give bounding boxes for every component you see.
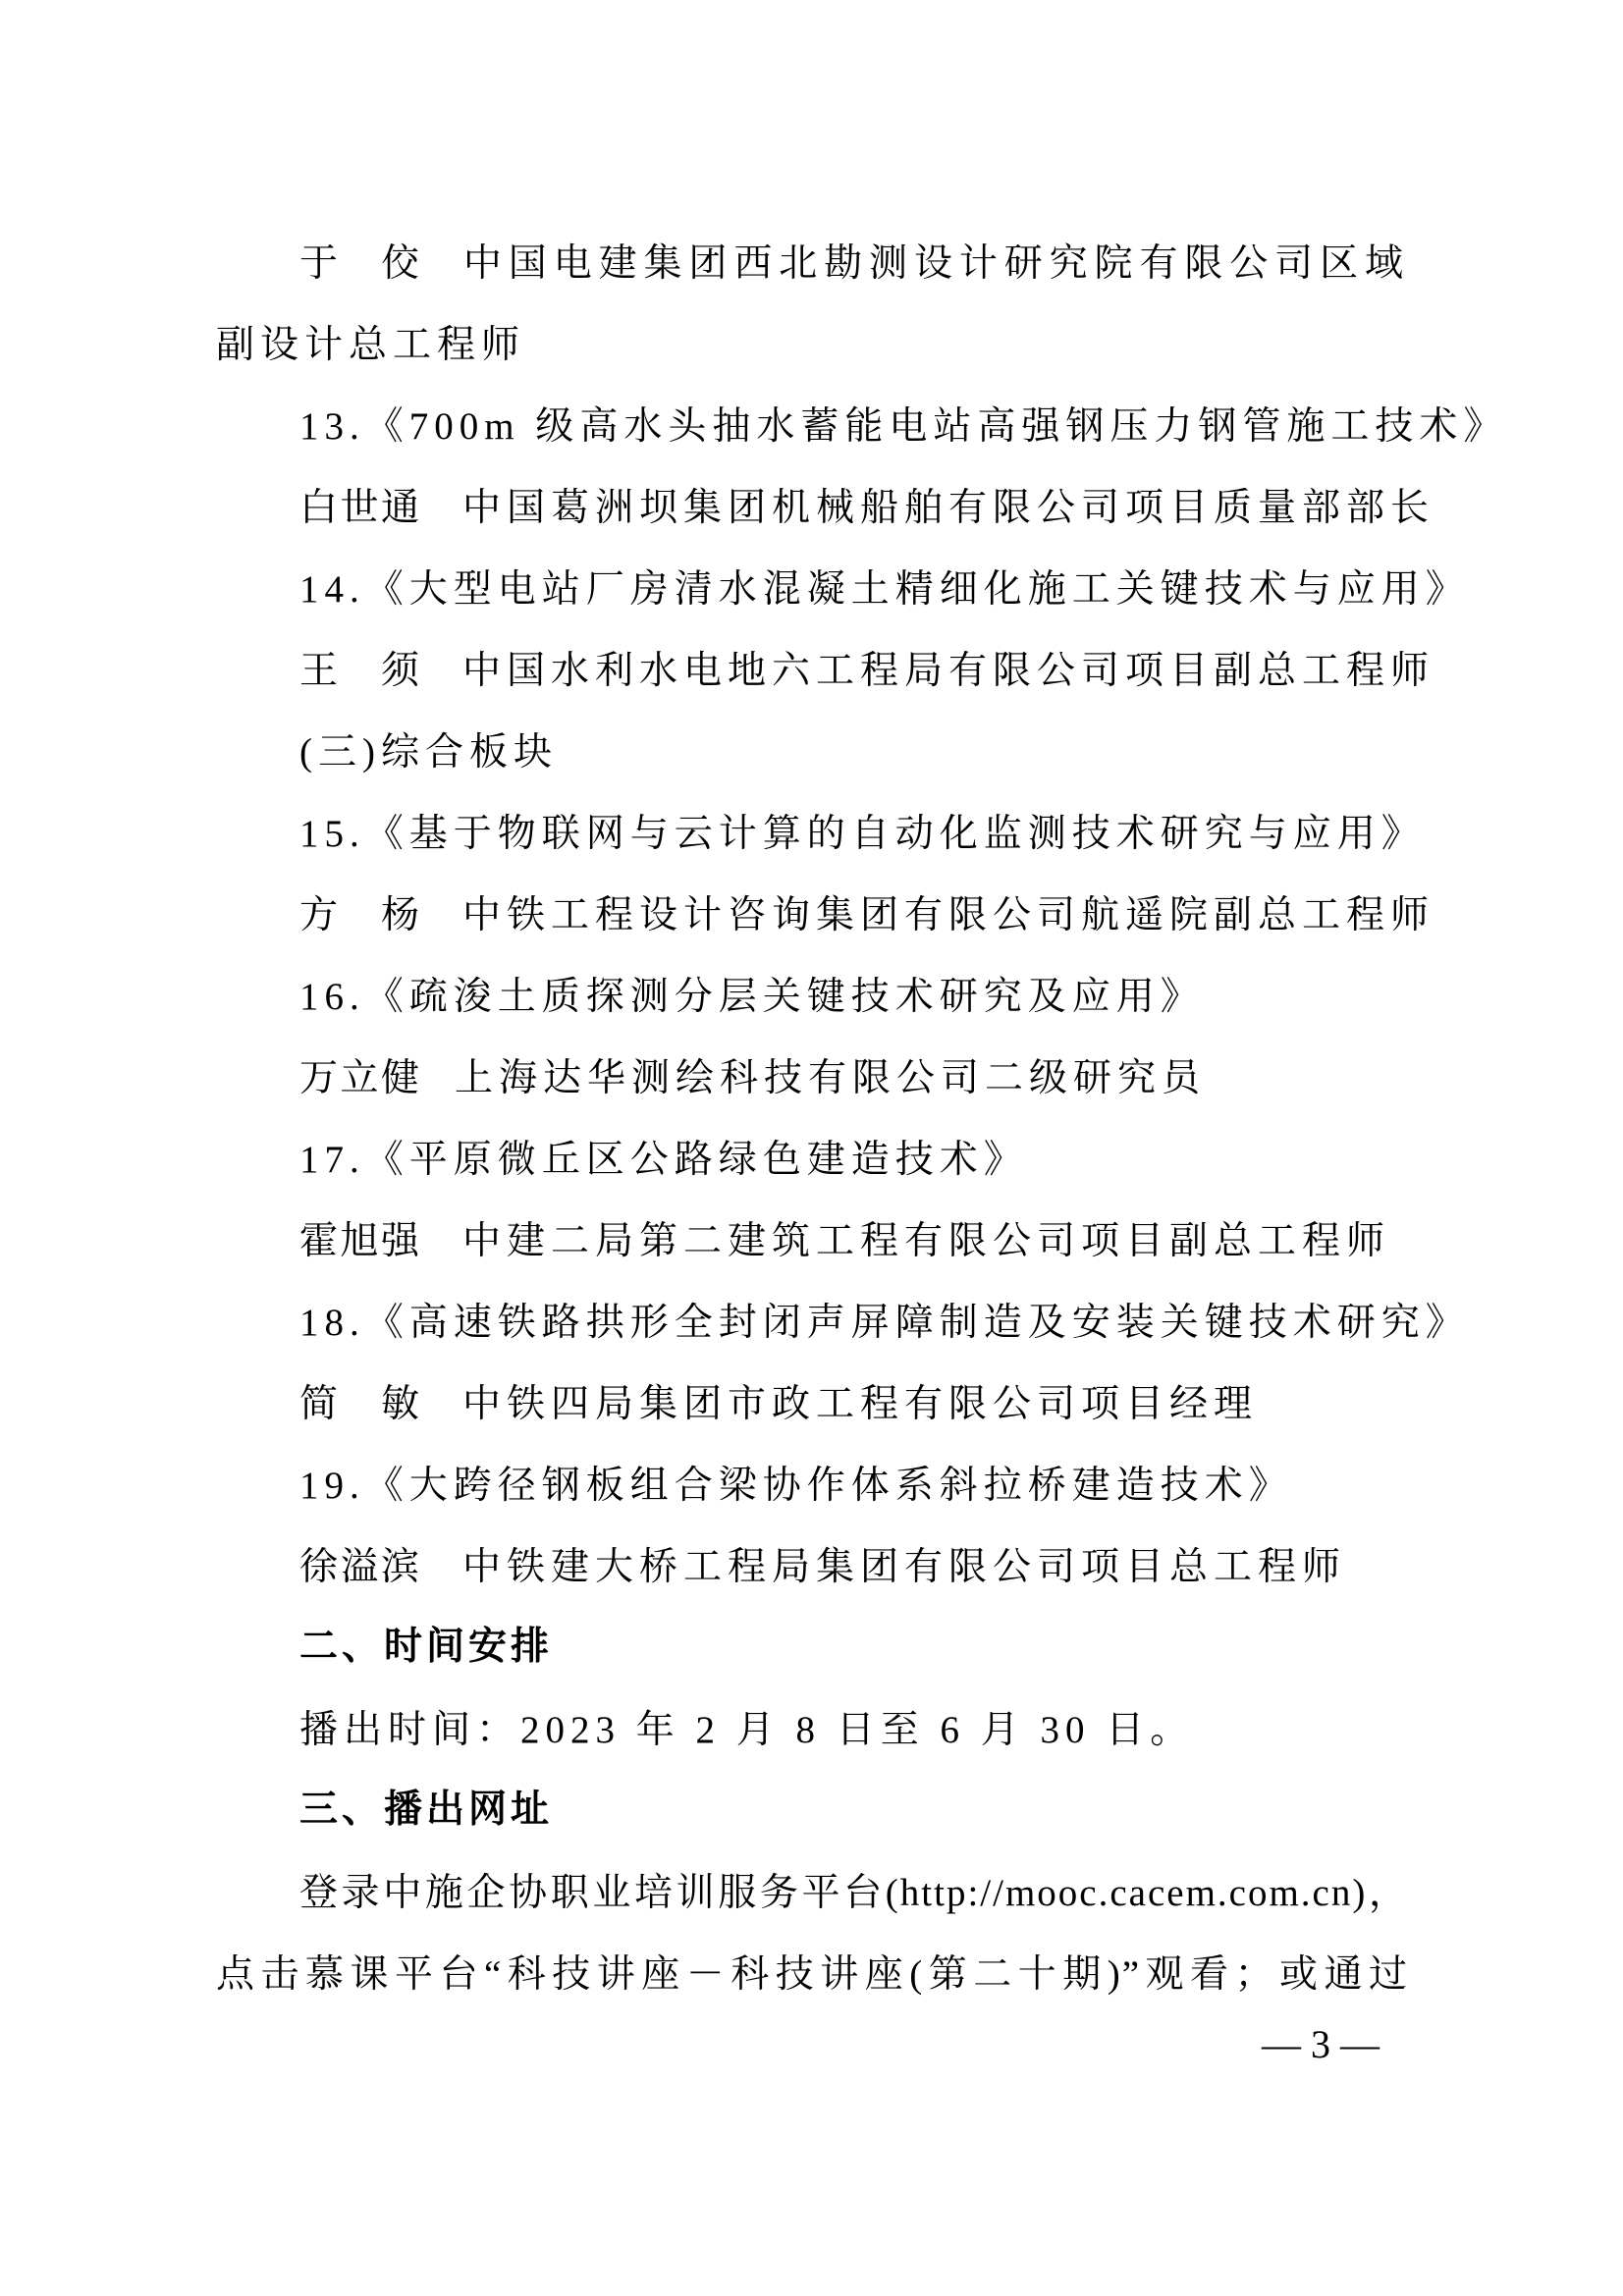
page-number: — 3 —	[1247, 2020, 1394, 2069]
section-heading-schedule: 二、时间安排	[299, 1618, 1409, 1677]
speaker-line-fang-yang: 方 杨中铁工程设计咨询集团有限公司航遥院副总工程师	[299, 886, 1409, 945]
section-heading-broadcast-url: 三、播出网址	[299, 1781, 1409, 1840]
lecture-item-16: 16.《疏浚土质探测分层关键技术研究及应用》	[299, 968, 1409, 1027]
lecture-item-17: 17.《平原微丘区公路绿色建造技术》	[299, 1131, 1409, 1190]
speaker-organization: 中铁四局集团市政工程有限公司项目经理	[462, 1383, 1258, 1425]
speaker-line-wang-xu: 王 须中国水利水电地六工程局有限公司项目副总工程师	[299, 642, 1409, 701]
lecture-item-19: 19.《大跨径钢板组合梁协作体系斜拉桥建造技术》	[299, 1457, 1409, 1516]
speaker-name: 简 敏	[299, 1375, 419, 1434]
speaker-line-bai-shitong: 白世通中国葛洲坝集团机械船舶有限公司项目质量部部长	[299, 479, 1409, 538]
speaker-line-huo-xuqiang: 霍旭强中建二局第二建筑工程有限公司项目副总工程师	[299, 1212, 1409, 1271]
lecture-item-14: 14.《大型电站厂房清水混凝土精细化施工关键技术与应用》	[299, 561, 1409, 619]
speaker-organization: 中建二局第二建筑工程有限公司项目副总工程师	[462, 1220, 1390, 1262]
broadcast-instructions: 登录中施企协职业培训服务平台(http://mooc.cacem.com.cn)…	[299, 1864, 1409, 1923]
speaker-organization: 中国葛洲坝集团机械船舶有限公司项目质量部部长	[462, 487, 1434, 529]
speaker-organization: 中铁建大桥工程局集团有限公司项目总工程师	[462, 1546, 1346, 1588]
speaker-organization: 中铁工程设计咨询集团有限公司航遥院副总工程师	[462, 894, 1434, 936]
document-page: 于 佼中国电建集团西北勘测设计研究院有限公司区域 副设计总工程师 13.《700…	[0, 0, 1623, 2296]
speaker-line-jian-min: 简 敏中铁四局集团市政工程有限公司项目经理	[299, 1375, 1409, 1434]
section-subheading-comprehensive: (三)综合板块	[299, 723, 1409, 782]
speaker-organization: 中国电建集团西北勘测设计研究院有限公司区域	[462, 242, 1409, 285]
speaker-line-yu-jiao: 于 佼中国电建集团西北勘测设计研究院有限公司区域	[299, 235, 1409, 294]
speaker-name: 王 须	[299, 642, 419, 701]
speaker-organization: 中国水利水电地六工程局有限公司项目副总工程师	[462, 650, 1434, 692]
broadcast-instructions-continued: 点击慕课平台“科技讲座－科技讲座(第二十期)”观看；或通过	[216, 1946, 1409, 2004]
speaker-organization: 上海达华测绘科技有限公司二级研究员	[455, 1057, 1206, 1099]
speaker-name: 于 佼	[299, 235, 419, 294]
speaker-name: 方 杨	[299, 886, 419, 945]
speaker-line-wan-lijian: 万立健上海达华测绘科技有限公司二级研究员	[299, 1049, 1409, 1108]
speaker-line-xu-yibin: 徐溢滨中铁建大桥工程局集团有限公司项目总工程师	[299, 1538, 1409, 1597]
lecture-item-18: 18.《高速铁路拱形全封闭声屏障制造及安装关键技术研究》	[299, 1294, 1409, 1353]
speaker-title-continuation: 副设计总工程师	[216, 316, 1409, 375]
lecture-item-13: 13.《700m 级高水头抽水蓄能电站高强钢压力钢管施工技术》	[299, 398, 1409, 456]
speaker-name: 霍旭强	[299, 1212, 419, 1271]
speaker-name: 白世通	[299, 479, 419, 538]
lecture-item-15: 15.《基于物联网与云计算的自动化监测技术研究与应用》	[299, 805, 1409, 864]
broadcast-time: 播出时间：2023 年 2 月 8 日至 6 月 30 日。	[299, 1701, 1409, 1760]
speaker-name: 万立健	[299, 1049, 419, 1108]
speaker-name: 徐溢滨	[299, 1538, 419, 1597]
